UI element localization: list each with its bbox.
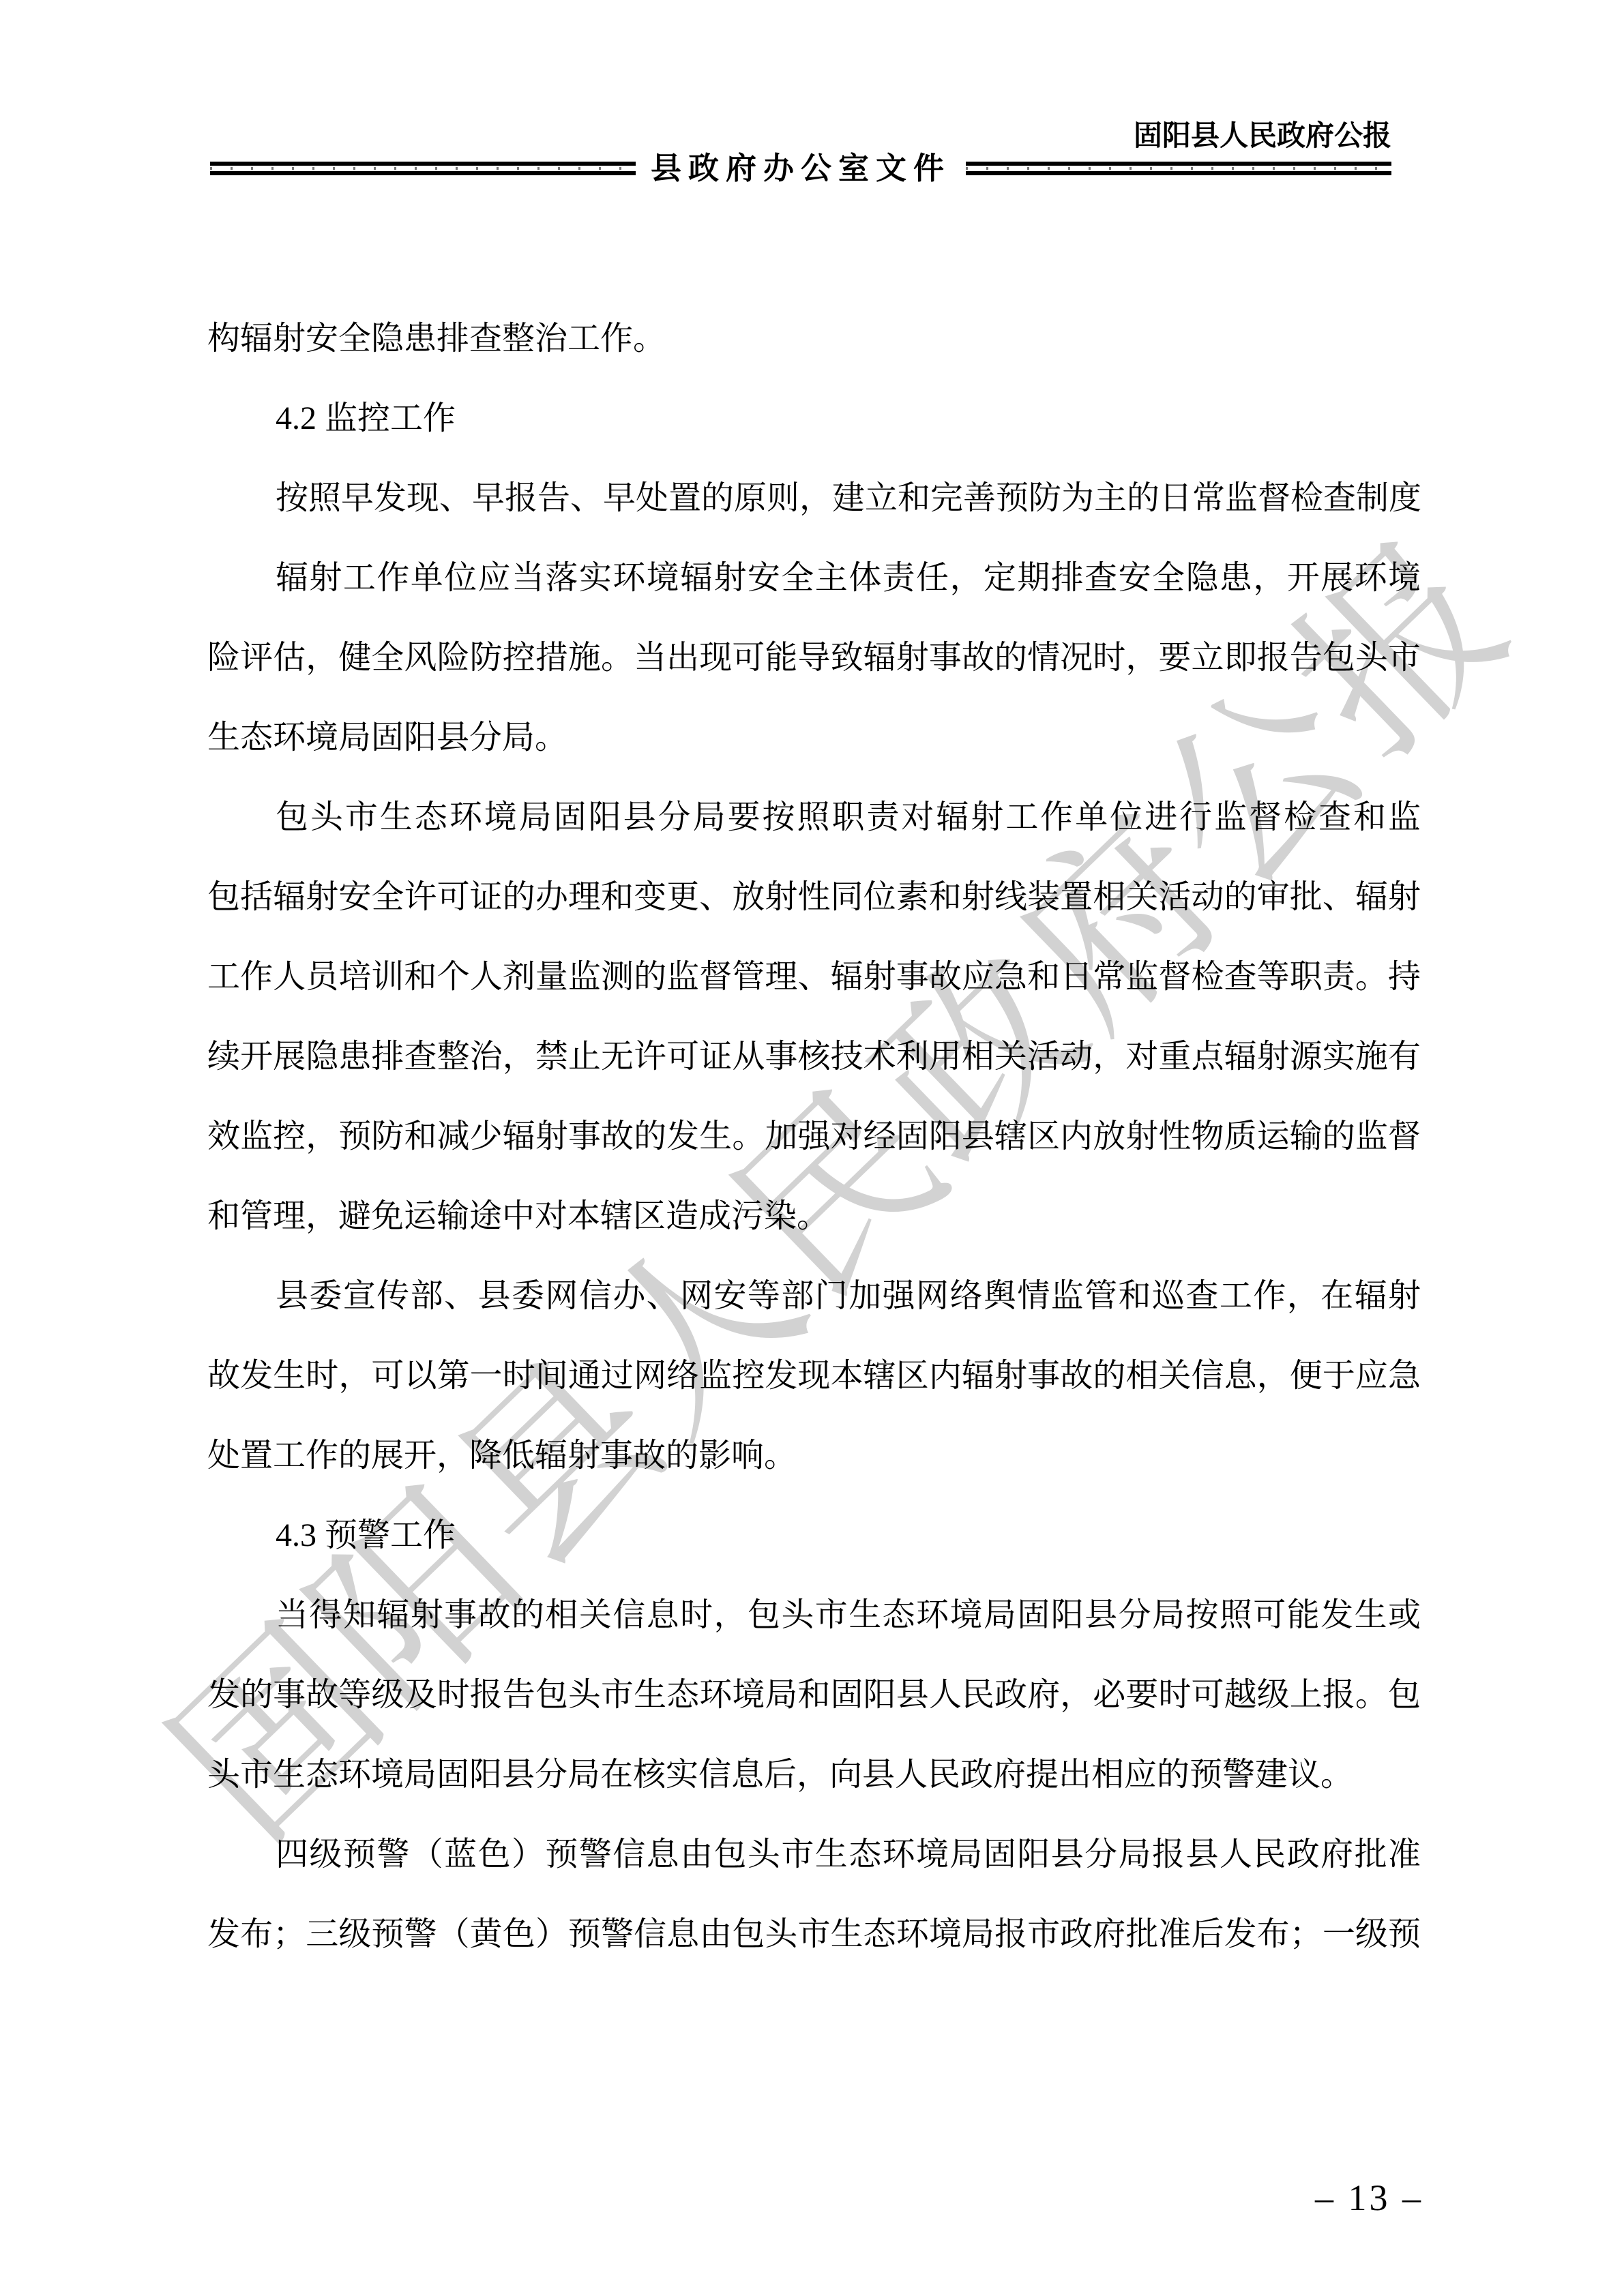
body-line: 辐射工作单位应当落实环境辐射安全主体责任，定期排查安全隐患，开展环境风 [207,538,1421,618]
page-number: – 13 – [1315,2177,1423,2219]
body-line: 发布；三级预警（黄色）预警信息由包头市生态环境局报市政府批准后发布；一级预 [207,1894,1421,1974]
banner-rule-left [210,162,636,175]
body-line: 构辐射安全隐患排查整治工作。 [207,299,1421,378]
body-line: 处置工作的展开，降低辐射事故的影响。 [207,1416,1421,1495]
document-body: 构辐射安全隐患排查整治工作。4.2 监控工作按照早发现、早报告、早处置的原则，建… [207,299,1421,1974]
body-line: 头市生态环境局固阳县分局在核实信息后，向县人民政府提出相应的预警建议。 [207,1735,1421,1815]
body-line: 效监控，预防和减少辐射事故的发生。加强对经固阳县辖区内放射性物质运输的监督 [207,1097,1421,1176]
body-line: 县委宣传部、县委网信办、网安等部门加强网络舆情监管和巡查工作，在辐射事 [207,1256,1421,1336]
masthead-title: 固阳县人民政府公报 [1134,113,1391,154]
body-line: 和管理，避免运输途中对本辖区造成污染。 [207,1176,1421,1256]
body-line: 发的事故等级及时报告包头市生态环境局和固阳县人民政府，必要时可越级上报。包 [207,1655,1421,1735]
body-line: 按照早发现、早报告、早处置的原则，建立和完善预防为主的日常监督检查制度。 [207,458,1421,538]
body-line: 生态环境局固阳县分局。 [207,698,1421,777]
section-heading: 4.3 预警工作 [207,1495,1421,1575]
body-line: 包括辐射安全许可证的办理和变更、放射性同位素和射线装置相关活动的审批、辐射 [207,857,1421,937]
section-heading: 4.2 监控工作 [207,378,1421,458]
gazette-page: { "masthead": { "title": "固阳县人民政府公报" }, … [0,0,1624,2296]
body-line: 工作人员培训和个人剂量监测的监督管理、辐射事故应急和日常监督检查等职责。持 [207,937,1421,1017]
body-line: 险评估，健全风险防控措施。当出现可能导致辐射事故的情况时，要立即报告包头市 [207,618,1421,698]
banner-rule-right [966,162,1391,175]
body-line: 故发生时，可以第一时间通过网络监控发现本辖区内辐射事故的相关信息，便于应急 [207,1336,1421,1416]
body-line: 包头市生态环境局固阳县分局要按照职责对辐射工作单位进行监督检查和监控， [207,777,1421,857]
banner: 县政府办公室文件 [210,151,1391,185]
body-line: 续开展隐患排查整治，禁止无许可证从事核技术利用相关活动，对重点辐射源实施有 [207,1017,1421,1097]
body-line: 四级预警（蓝色）预警信息由包头市生态环境局固阳县分局报县人民政府批准后 [207,1815,1421,1894]
body-line: 当得知辐射事故的相关信息时，包头市生态环境局固阳县分局按照可能发生或引 [207,1575,1421,1655]
banner-title: 县政府办公室文件 [636,151,966,185]
